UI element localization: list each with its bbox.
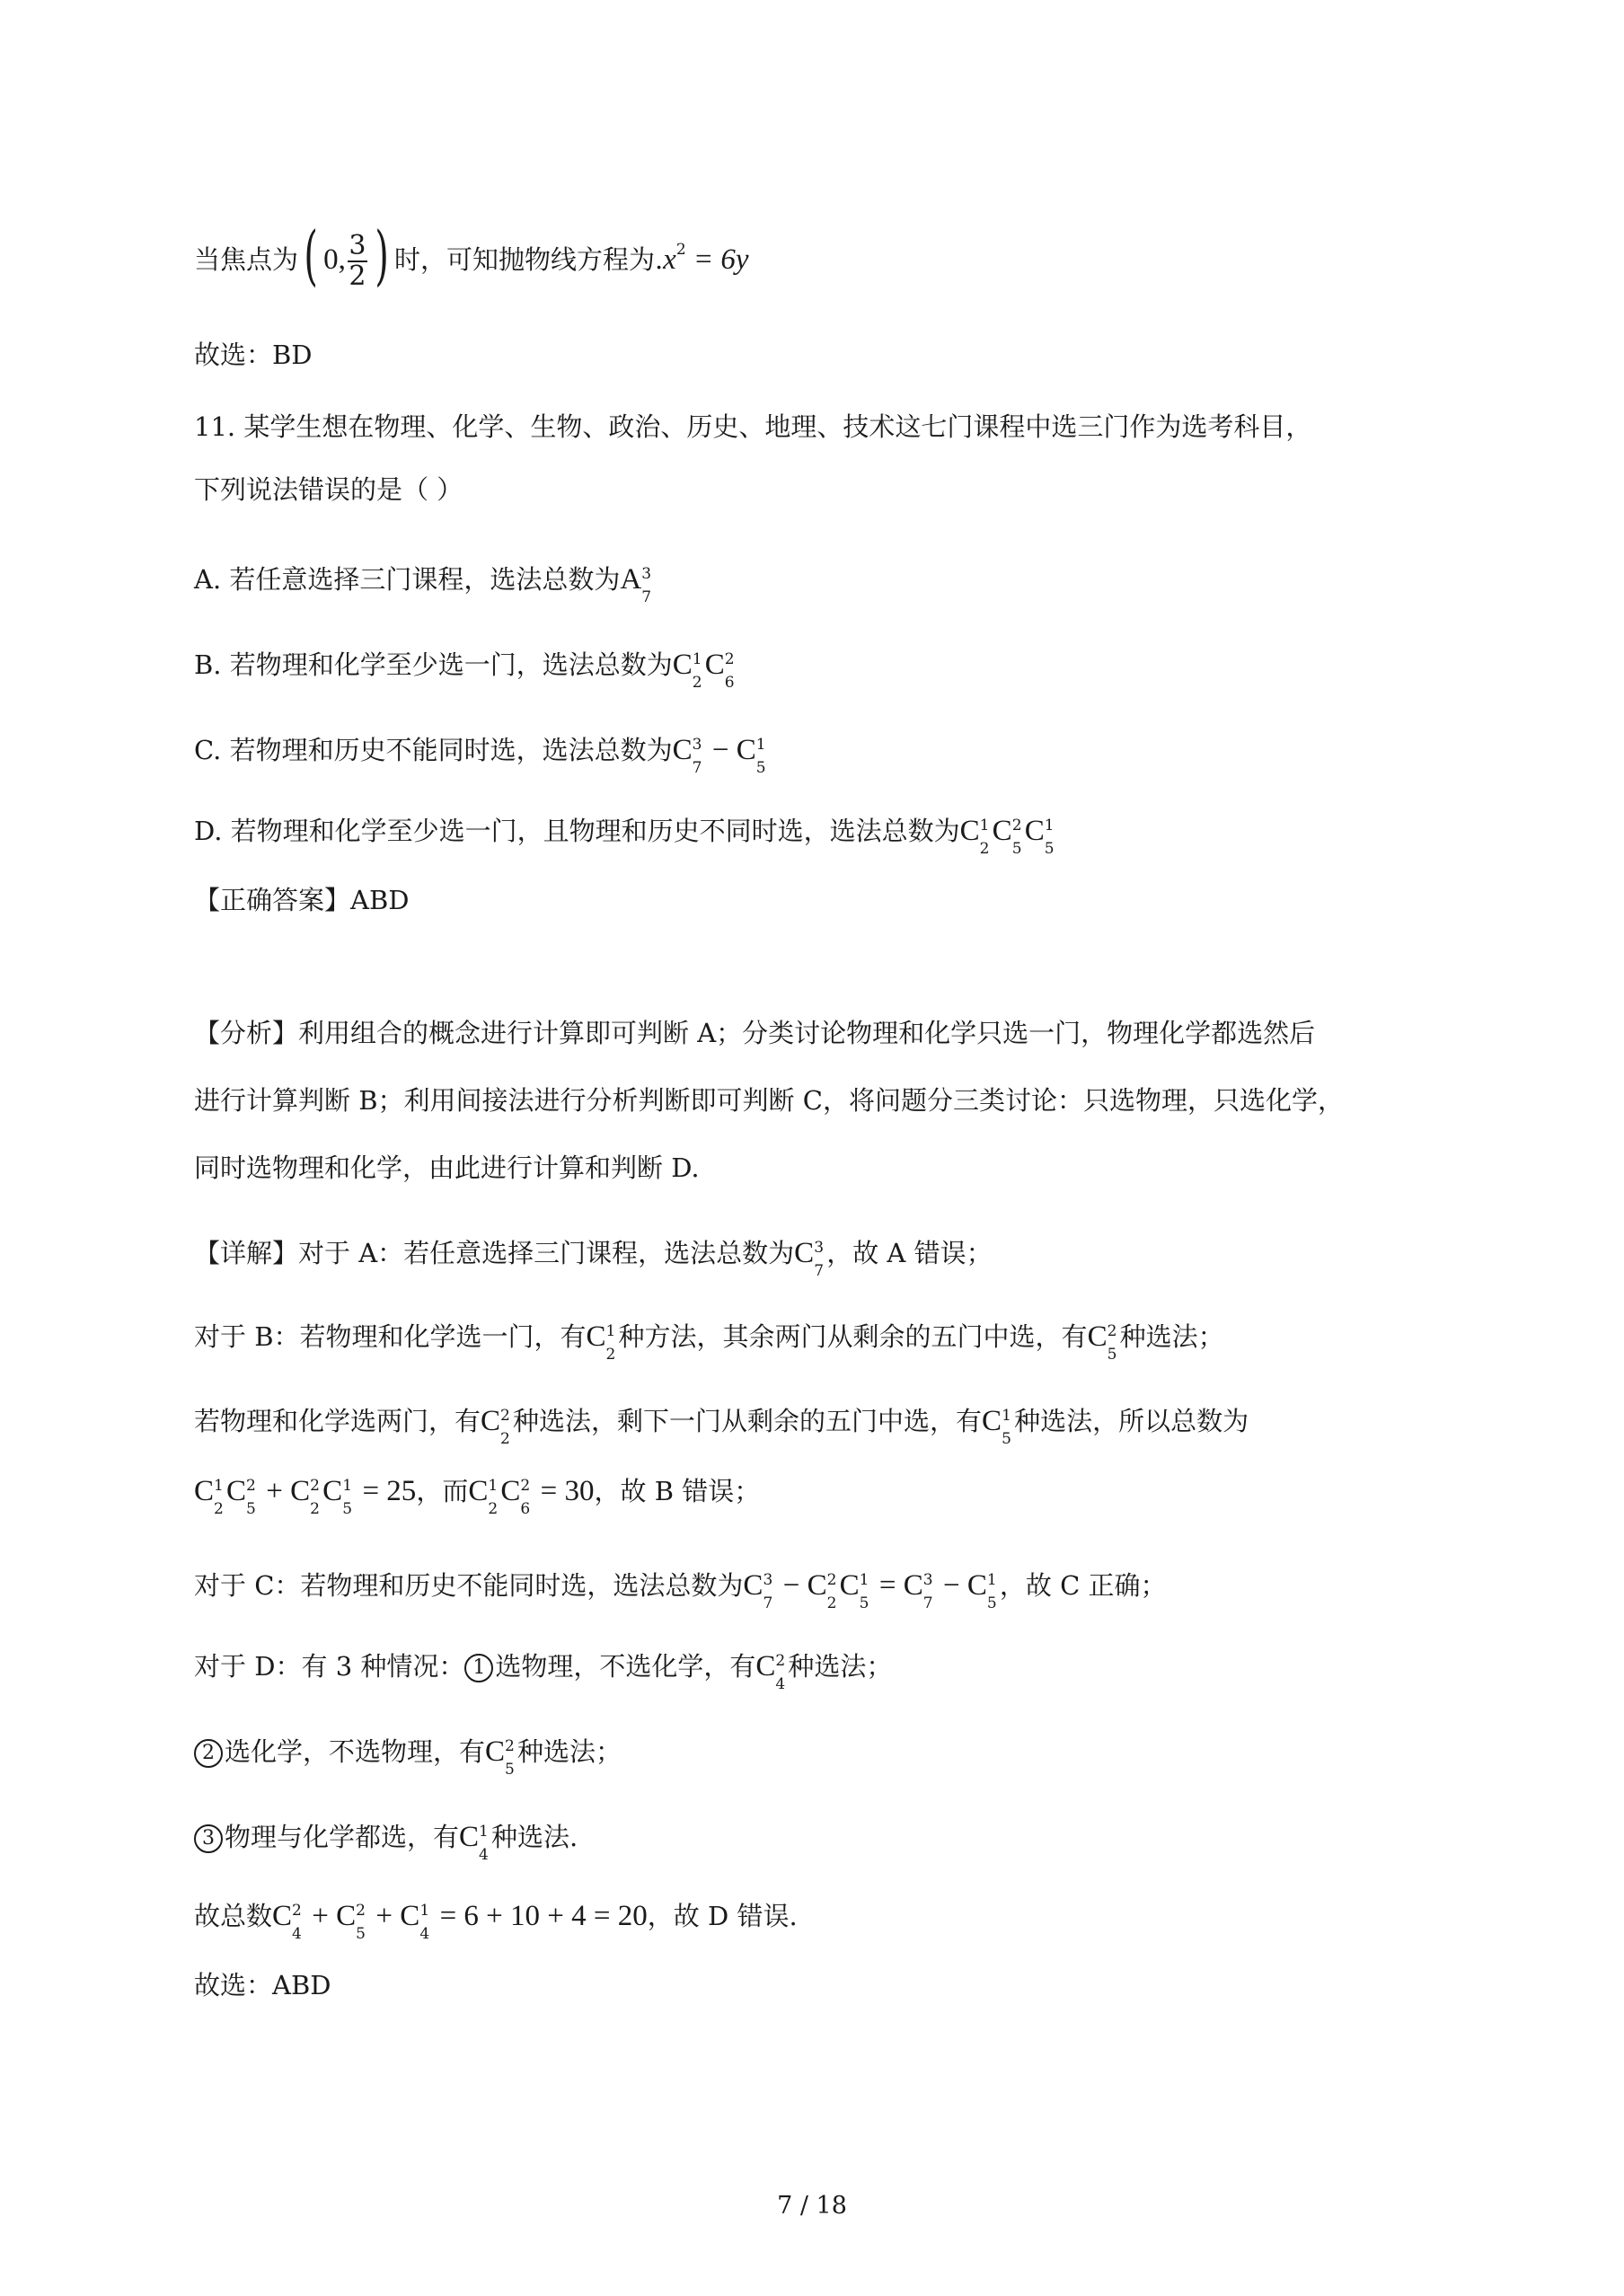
text: 选物理，不选化学，有	[495, 1651, 755, 1682]
detail-b-1: 对于 B：若物理和化学选一门，有C12种方法，其余两门从剩余的五门中选，有C25…	[194, 1319, 1224, 1355]
math: C	[705, 649, 725, 681]
text: 若物理和化学选两门，有	[194, 1406, 481, 1436]
right-paren: )	[375, 237, 388, 273]
math: C	[993, 815, 1012, 847]
fraction: 32	[348, 232, 367, 291]
math: C	[904, 1569, 923, 1602]
math: = 30	[533, 1475, 594, 1507]
circled-number-1: 1	[464, 1654, 493, 1682]
document-page: 当焦点为(0,32)时，可知抛物线方程为.x2 = 6y 故选：BD 11. 某…	[0, 0, 1624, 2296]
math: C	[1088, 1320, 1108, 1353]
detail-b-3: C12C25 + C22C15 = 25，而C12C26 = 30，故 B 错误…	[194, 1473, 760, 1509]
correct-answer: 【正确答案】ABD	[194, 882, 410, 918]
detail-d-2: 2选化学，不选物理，有C25种选法；	[194, 1734, 622, 1770]
text: 种方法，其余两门从剩余的五门中选，有	[619, 1321, 1088, 1352]
math: =	[872, 1569, 904, 1602]
math: C	[481, 1405, 500, 1437]
text: D. 若物理和化学至少选一门，且物理和历史不同时选，选法总数为	[194, 816, 960, 846]
analysis-line-2: 进行计算判断 B；利用间接法进行分析判断即可判断 C，将问题分三类讨论：只选物理…	[194, 1082, 1344, 1118]
math: C	[226, 1475, 246, 1507]
math: 0,	[323, 243, 346, 276]
text: 种选法；	[1120, 1321, 1224, 1352]
text: 【详解】对于 A：若任意选择三门课程，选法总数为	[194, 1238, 794, 1268]
circled-number-2: 2	[194, 1739, 223, 1768]
math: C	[272, 1900, 292, 1932]
math: C	[960, 815, 980, 847]
exponent: 2	[676, 241, 686, 259]
text: C. 若物理和历史不能同时选，选法总数为	[194, 735, 673, 765]
text: ，故 D 错误.	[648, 1901, 798, 1931]
focus-line: 当焦点为(0,32)时，可知抛物线方程为.x2 = 6y	[194, 232, 749, 291]
detail-c: 对于 C：若物理和历史不能同时选，选法总数为C37 − C22C15 = C37…	[194, 1567, 1167, 1603]
math: C	[794, 1237, 814, 1269]
math: C	[673, 734, 693, 766]
text: ，故 A 错误；	[826, 1238, 992, 1268]
math: +	[259, 1475, 290, 1507]
question-11-line-2: 下列说法错误的是（ ）	[194, 472, 463, 508]
text: 种选法，所以总数为	[1014, 1406, 1249, 1436]
math: +	[304, 1900, 336, 1932]
final-answer: 故选：ABD	[194, 1967, 331, 2003]
math: C	[840, 1569, 860, 1602]
detail-b-2: 若物理和化学选两门，有C22种选法，剩下一门从剩余的五门中选，有C15种选法，所…	[194, 1403, 1249, 1439]
text: 种选法.	[491, 1822, 578, 1852]
text: 当焦点为	[194, 244, 298, 275]
option-c: C. 若物理和历史不能同时选，选法总数为C37 − C15	[194, 732, 769, 768]
math: C	[808, 1569, 827, 1602]
math: = 25	[355, 1475, 416, 1507]
math: x	[663, 243, 676, 276]
text: 物理与化学都选，有	[225, 1822, 459, 1852]
text: 故总数	[194, 1901, 272, 1931]
text: B. 若物理和化学至少选一门，选法总数为	[194, 649, 673, 680]
math: −	[705, 734, 737, 766]
math: C	[755, 1650, 775, 1682]
math: C	[587, 1320, 606, 1353]
detail-total: 故总数C24 + C25 + C14 = 6 + 10 + 4 = 20，故 D…	[194, 1898, 798, 1934]
text: 对于 D：有 3 种情况：	[194, 1651, 464, 1682]
math: = 6y	[686, 243, 749, 276]
text: ，而	[416, 1476, 468, 1506]
denominator: 2	[349, 262, 366, 291]
math: −	[775, 1569, 807, 1602]
math: C	[737, 734, 756, 766]
math: C	[459, 1821, 479, 1853]
math: C	[1025, 815, 1045, 847]
numerator: 3	[349, 232, 366, 261]
math: C	[468, 1475, 488, 1507]
math: C	[485, 1735, 505, 1768]
left-paren: (	[304, 237, 317, 273]
text: 选化学，不选物理，有	[225, 1736, 485, 1767]
math: +	[368, 1900, 400, 1932]
math: −	[936, 1569, 967, 1602]
analysis-line-1: 【分析】利用组合的概念进行计算即可判断 A；分类讨论物理和化学只选一门，物理化学…	[194, 1015, 1315, 1051]
math: C	[336, 1900, 356, 1932]
option-b: B. 若物理和化学至少选一门，选法总数为C12C26	[194, 647, 737, 683]
question-11-line-1: 11. 某学生想在物理、化学、生物、政治、历史、地理、技术这七门课程中选三门作为…	[194, 409, 1311, 445]
math: C	[194, 1475, 214, 1507]
text: 时，可知抛物线方程为.	[394, 244, 663, 275]
circled-number-3: 3	[194, 1824, 223, 1853]
text: 对于 C：若物理和历史不能同时选，选法总数为	[194, 1570, 743, 1601]
math: C	[400, 1900, 419, 1932]
math: C	[500, 1475, 520, 1507]
text: 对于 B：若物理和化学选一门，有	[194, 1321, 587, 1352]
text: ，故 C 正确；	[1000, 1570, 1167, 1601]
text: A. 若任意选择三门课程，选法总数为	[194, 564, 620, 595]
detail-d-1: 对于 D：有 3 种情况：1选物理，不选化学，有C24种选法；	[194, 1648, 892, 1684]
text: 种选法，剩下一门从剩余的五门中选，有	[513, 1406, 982, 1436]
math: = 6 + 10 + 4 = 20	[432, 1900, 647, 1932]
page-number: 7 / 18	[0, 2192, 1624, 2220]
detail-a: 【详解】对于 A：若任意选择三门课程，选法总数为C37，故 A 错误；	[194, 1235, 993, 1271]
math: C	[673, 649, 693, 681]
math: C	[322, 1475, 342, 1507]
math: C	[290, 1475, 310, 1507]
math: C	[967, 1569, 987, 1602]
analysis-line-3: 同时选物理和化学，由此进行计算和判断 D.	[194, 1150, 700, 1186]
text: ，故 B 错误；	[594, 1476, 760, 1506]
math: C	[982, 1405, 1002, 1437]
text: 种选法；	[788, 1651, 892, 1682]
math: A	[620, 563, 641, 596]
option-d: D. 若物理和化学至少选一门，且物理和历史不同时选，选法总数为C12C25C15	[194, 813, 1057, 849]
option-a: A. 若任意选择三门课程，选法总数为A37	[194, 561, 654, 597]
text: 种选法；	[517, 1736, 622, 1767]
detail-d-3: 3物理与化学都选，有C14种选法.	[194, 1819, 578, 1855]
math: C	[743, 1569, 763, 1602]
prev-answer: 故选：BD	[194, 337, 313, 373]
